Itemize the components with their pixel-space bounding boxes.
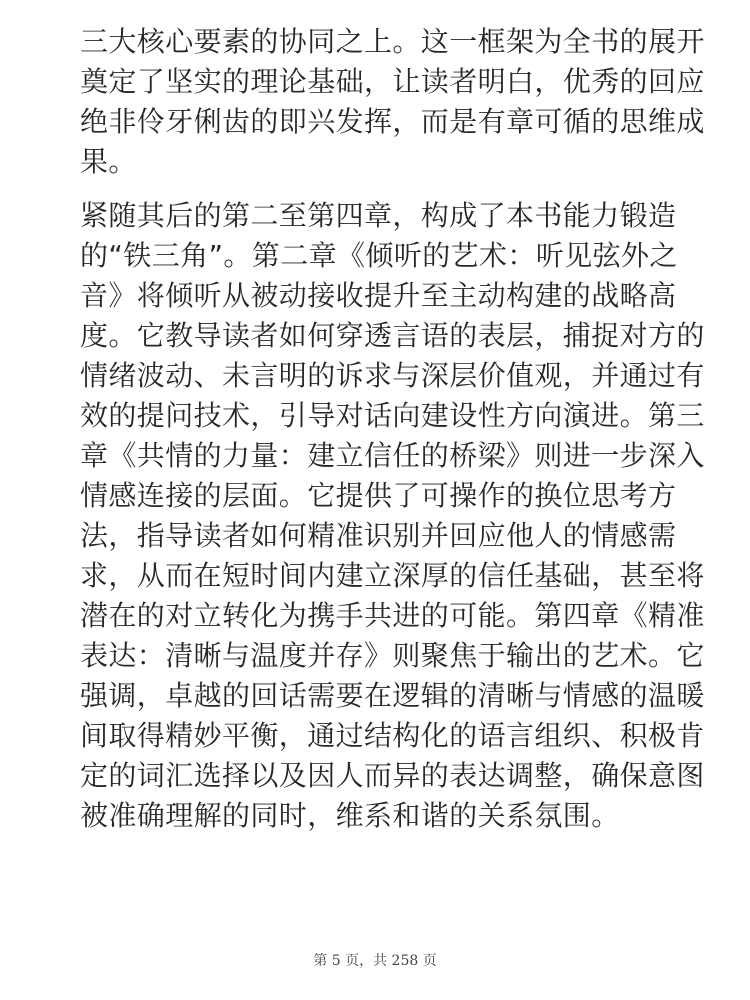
paragraph-2: 紧随其后的第二至第四章，构成了本书能力锻造 的“铁三角”。第二章《倾听的艺术：听…	[80, 196, 680, 836]
document-page: 三大核心要素的协同之上。这一框架为全书的展开 奠定了坚实的理论基础，让读者明白，…	[0, 0, 750, 1000]
text-line: 音》将倾听从被动接收提升至主动构建的战略高	[80, 276, 680, 316]
text-line: 绝非伶牙俐齿的即兴发挥，而是有章可循的思维成	[80, 102, 680, 142]
text-line: 效的提问技术，引导对话向建设性方向演进。第三	[80, 396, 680, 436]
text-line: 的“铁三角”。第二章《倾听的艺术：听见弦外之	[80, 236, 680, 276]
text-line: 法，指导读者如何精准识别并回应他人的情感需	[80, 516, 680, 556]
text-line: 被准确理解的同时，维系和谐的关系氛围。	[80, 796, 680, 836]
paragraph-1: 三大核心要素的协同之上。这一框架为全书的展开 奠定了坚实的理论基础，让读者明白，…	[80, 22, 680, 182]
text-line: 强调，卓越的回话需要在逻辑的清晰与情感的温暖	[80, 676, 680, 716]
text-line: 间取得精妙平衡，通过结构化的语言组织、积极肯	[80, 716, 680, 756]
text-line: 求，从而在短时间内建立深厚的信任基础，甚至将	[80, 556, 680, 596]
page-number-footer: 第 5 页，共 258 页	[0, 950, 750, 970]
text-line: 章《共情的力量：建立信任的桥梁》则进一步深入	[80, 436, 680, 476]
page-content: 三大核心要素的协同之上。这一框架为全书的展开 奠定了坚实的理论基础，让读者明白，…	[80, 22, 680, 836]
text-line: 紧随其后的第二至第四章，构成了本书能力锻造	[80, 196, 680, 236]
text-line: 度。它教导读者如何穿透言语的表层，捕捉对方的	[80, 316, 680, 356]
text-line: 情感连接的层面。它提供了可操作的换位思考方	[80, 476, 680, 516]
paragraph-spacer	[80, 182, 680, 196]
text-line: 表达：清晰与温度并存》则聚焦于输出的艺术。它	[80, 636, 680, 676]
text-line: 奠定了坚实的理论基础，让读者明白，优秀的回应	[80, 62, 680, 102]
text-line: 三大核心要素的协同之上。这一框架为全书的展开	[80, 22, 680, 62]
text-line: 果。	[80, 142, 680, 182]
text-line: 情绪波动、未言明的诉求与深层价值观，并通过有	[80, 356, 680, 396]
text-line: 潜在的对立转化为携手共进的可能。第四章《精准	[80, 596, 680, 636]
text-line: 定的词汇选择以及因人而异的表达调整，确保意图	[80, 756, 680, 796]
